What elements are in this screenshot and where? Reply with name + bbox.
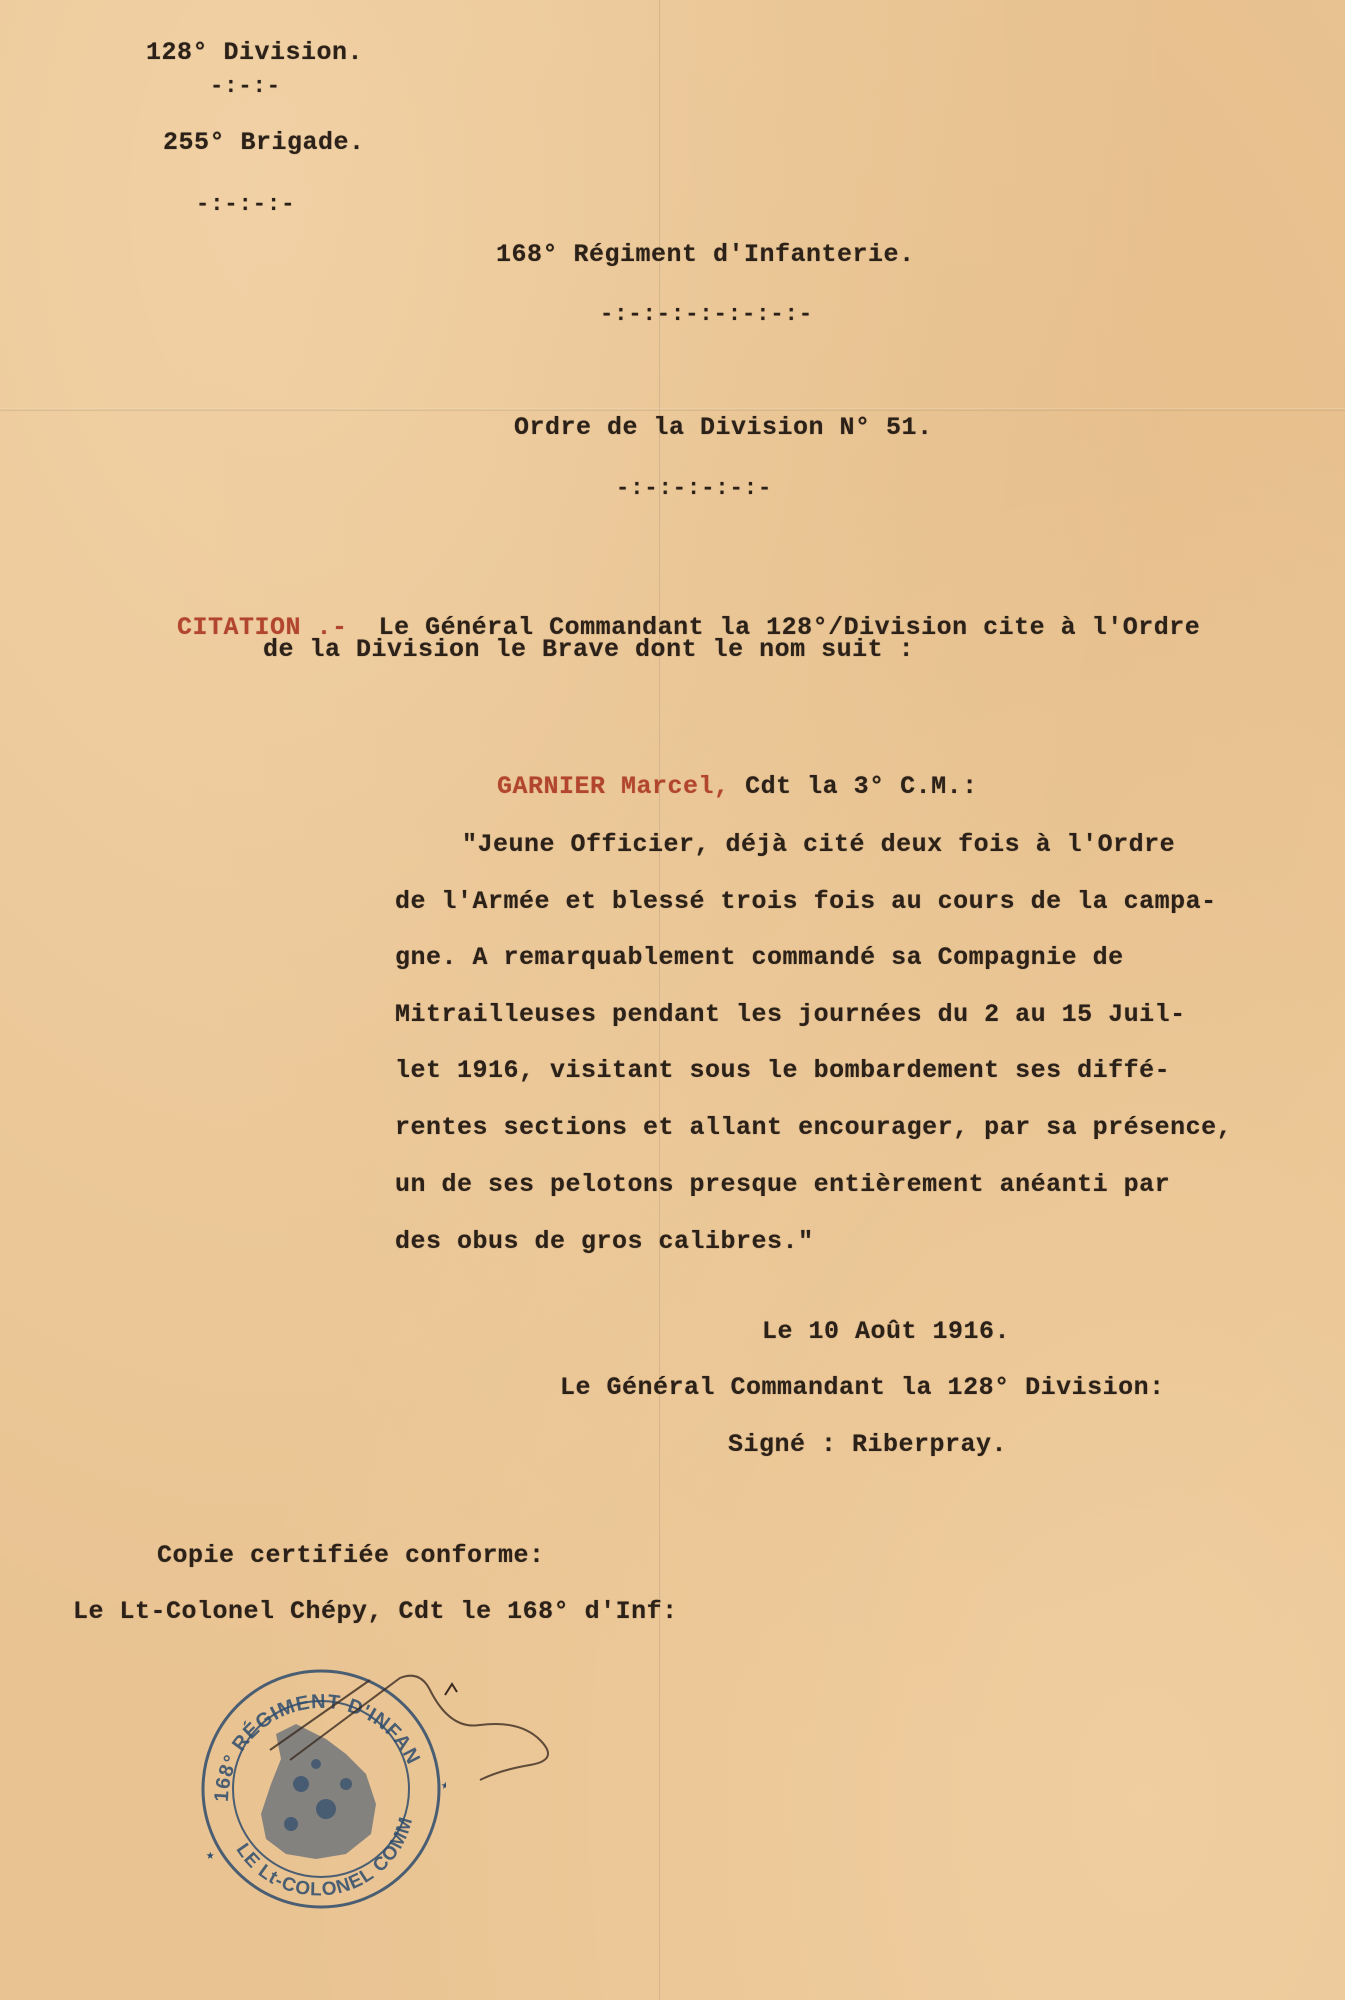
order-date: Le 10 Août 1916. xyxy=(762,1317,1010,1347)
citation-text-line: "Jeune Officier, déjà cité deux fois à l… xyxy=(462,830,1175,860)
citation-intro-line-2: de la Division le Brave dont le nom suit… xyxy=(263,635,914,665)
citation-text-line: gne. A remarquablement commandé sa Compa… xyxy=(395,943,1124,973)
handwritten-signature-icon xyxy=(250,1670,570,1800)
citation-text-line: rentes sections et allant encourager, pa… xyxy=(395,1113,1232,1143)
recipient-line: GARNIER Marcel, Cdt la 3° C.M.: xyxy=(466,742,978,802)
order-title: Ordre de la Division N° 51. xyxy=(514,413,933,443)
order-separator: -:-:-:-:-:- xyxy=(616,474,772,504)
paper-fold-horizontal xyxy=(0,408,1345,411)
authority-line: Le Général Commandant la 128° Division: xyxy=(560,1373,1165,1403)
division-heading: 128° Division. xyxy=(146,38,363,68)
recipient-unit: Cdt la 3° C.M.: xyxy=(730,772,978,801)
signed-line: Signé : Riberpray. xyxy=(728,1430,1007,1460)
regiment-heading: 168° Régiment d'Infanterie. xyxy=(496,240,915,270)
brigade-heading: 255° Brigade. xyxy=(163,128,365,158)
recipient-name: GARNIER Marcel, xyxy=(497,772,730,801)
citation-text-line: un de ses pelotons presque entièrement a… xyxy=(395,1170,1170,1200)
svg-text:★: ★ xyxy=(206,1848,215,1864)
regiment-separator: -:-:-:-:-:-:-:- xyxy=(600,300,813,330)
certifier-line: Le Lt-Colonel Chépy, Cdt le 168° d'Inf: xyxy=(73,1597,678,1627)
certified-copy-label: Copie certifiée conforme: xyxy=(157,1541,545,1571)
citation-text-line: de l'Armée et blessé trois fois au cours… xyxy=(395,887,1217,917)
brigade-separator: -:-:-:- xyxy=(196,190,295,220)
citation-text-line: des obus de gros calibres." xyxy=(395,1227,814,1257)
division-separator: -:-:- xyxy=(210,72,281,102)
citation-text-line: let 1916, visitant sous le bombardement … xyxy=(395,1056,1170,1086)
citation-text-line: Mitrailleuses pendant les journées du 2 … xyxy=(395,1000,1186,1030)
citation-intro-line-1: CITATION .- Le Général Commandant la 128… xyxy=(146,583,1200,643)
